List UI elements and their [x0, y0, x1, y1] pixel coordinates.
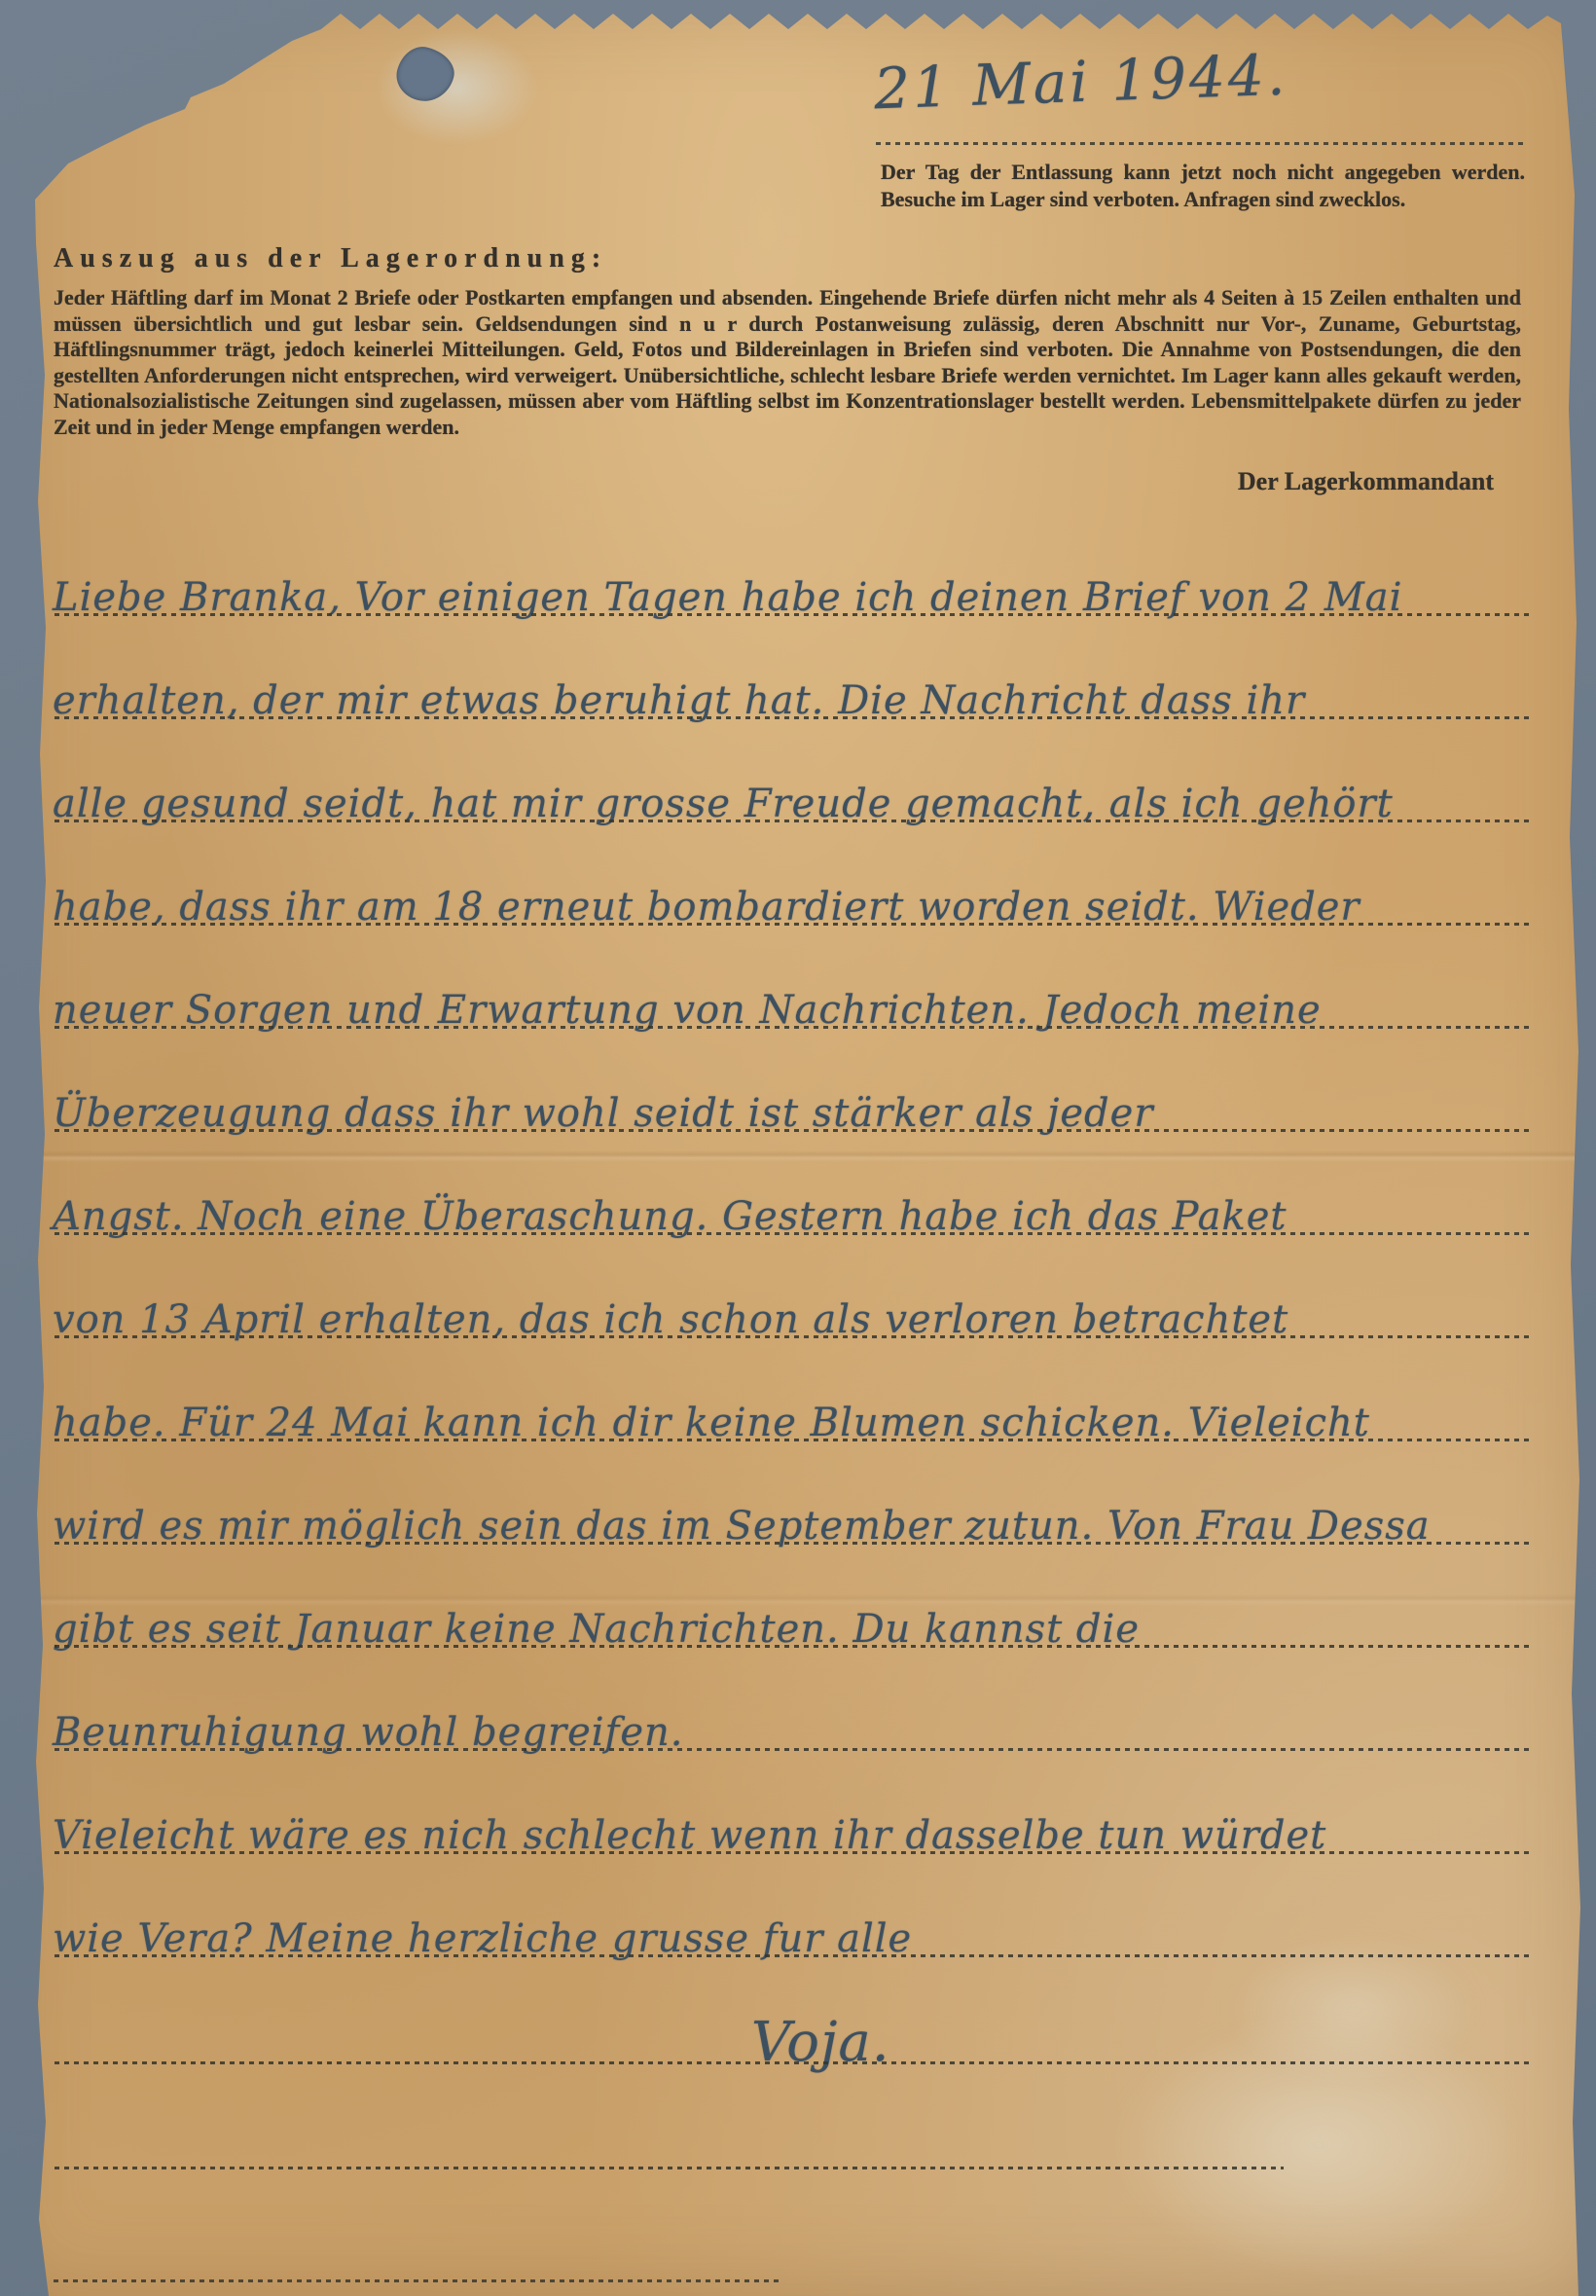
letter-line: wird es mir möglich sein das im Septembe…	[51, 1441, 1532, 1545]
scan-background: 21 Mai 1944. Der Tag der Entlassung kann…	[0, 0, 1596, 2296]
letter-line: wie Vera? Meine herzliche grusse fur all…	[51, 1854, 1532, 1957]
letter-signature-row: Voja.	[51, 1957, 1532, 2064]
letter-line: habe, dass ihr am 18 erneut bombardiert …	[51, 822, 1532, 926]
letter-line-text: von 13 April erhalten, das ich schon als…	[53, 1297, 1288, 1342]
letter-line-text: Angst. Noch eine Überaschung. Gestern ha…	[53, 1194, 1287, 1239]
letter-line: Beunruhigung wohl begreifen.	[51, 1648, 1532, 1751]
date-rule	[876, 142, 1523, 145]
release-notice: Der Tag der Entlassung kann jetzt noch n…	[881, 159, 1525, 213]
letter-line: erhalten, der mir etwas beruhigt hat. Di…	[51, 616, 1532, 719]
handwritten-date: 21 Mai 1944.	[873, 42, 1288, 123]
letter-line: alle gesund seidt, hat mir grosse Freude…	[51, 719, 1532, 822]
letter-line-text: neuer Sorgen und Erwartung von Nachricht…	[53, 988, 1322, 1033]
camp-commandant-signoff: Der Lagerkommandant	[1238, 467, 1494, 496]
handwritten-letter: Liebe Branka, Vor einigen Tagen habe ich…	[51, 513, 1532, 2169]
letter-line: gibt es seit Januar keine Nachrichten. D…	[51, 1545, 1532, 1648]
letter-line-text: erhalten, der mir etwas beruhigt hat. Di…	[53, 678, 1305, 723]
letter-line: habe. Für 24 Mai kann ich dir keine Blum…	[51, 1338, 1532, 1441]
letter-line: von 13 April erhalten, das ich schon als…	[51, 1235, 1532, 1338]
letter-line: Liebe Branka, Vor einigen Tagen habe ich…	[51, 513, 1532, 616]
letter-line-text: habe. Für 24 Mai kann ich dir keine Blum…	[53, 1401, 1370, 1445]
blank-ruled-line	[51, 2064, 1532, 2169]
camp-rules-heading: Auszug aus der Lagerordnung:	[54, 243, 607, 274]
camp-rules-body: Jeder Häftling darf im Monat 2 Briefe od…	[54, 285, 1521, 440]
letter-line-text: alle gesund seidt, hat mir grosse Freude…	[53, 782, 1394, 826]
letter-line-text: habe, dass ihr am 18 erneut bombardiert …	[53, 885, 1360, 929]
letter-line-text: Beunruhigung wohl begreifen.	[53, 1710, 684, 1755]
letter-line: Angst. Noch eine Überaschung. Gestern ha…	[51, 1132, 1532, 1235]
letter-line-text: wird es mir möglich sein das im Septembe…	[53, 1504, 1431, 1549]
letter-line-text: wie Vera? Meine herzliche grusse fur all…	[53, 1916, 912, 1961]
letter-line: Überzeugung dass ihr wohl seidt ist stär…	[51, 1029, 1532, 1132]
letter-sheet: 21 Mai 1944. Der Tag der Entlassung kann…	[0, 0, 1596, 2296]
letter-line-text: Liebe Branka, Vor einigen Tagen habe ich…	[53, 575, 1402, 620]
letter-line-text: gibt es seit Januar keine Nachrichten. D…	[53, 1607, 1140, 1652]
bottom-ruled-line-fragment	[54, 2279, 779, 2282]
letter-line-text: Überzeugung dass ihr wohl seidt ist stär…	[53, 1091, 1153, 1136]
letter-line-text: Vieleicht wäre es nich schlecht wenn ihr…	[53, 1813, 1326, 1858]
letter-line: neuer Sorgen und Erwartung von Nachricht…	[51, 926, 1532, 1029]
letter-line: Vieleicht wäre es nich schlecht wenn ihr…	[51, 1751, 1532, 1854]
